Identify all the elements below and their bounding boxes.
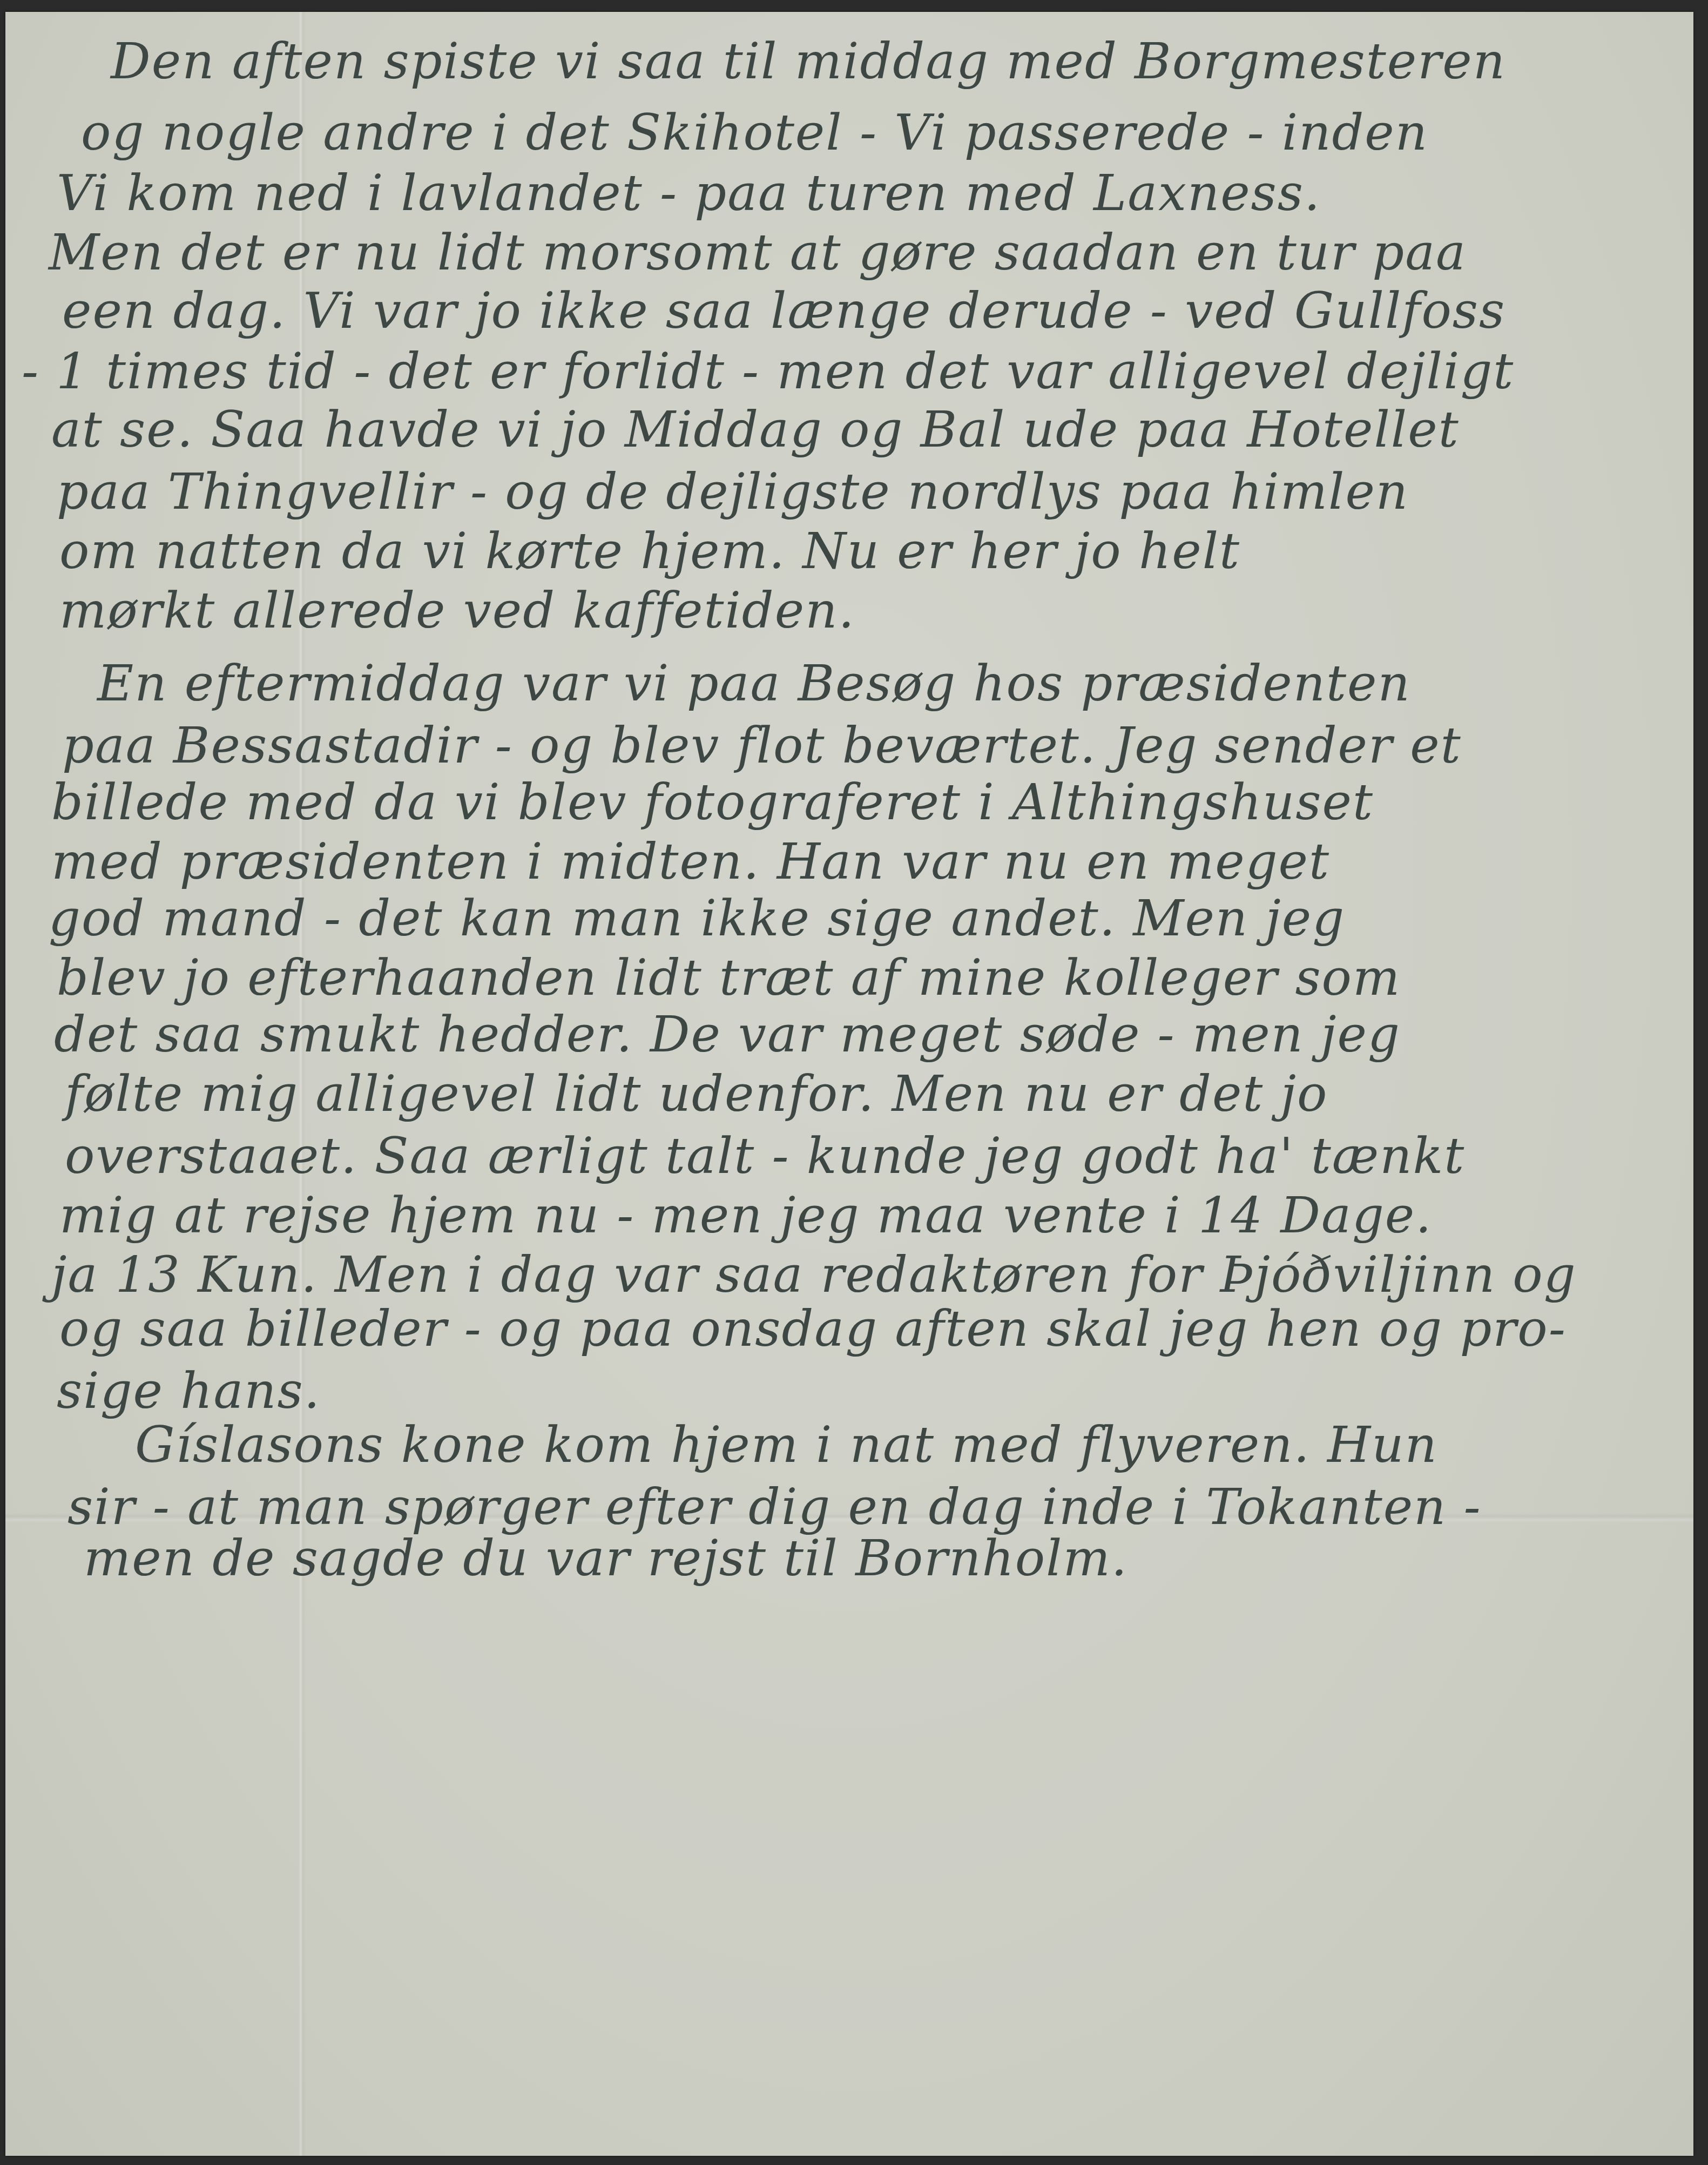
- letter-line: een dag. Vi var jo ikke saa længe derude…: [62, 282, 1506, 340]
- letter-line: og nogle andre i det Skihotel - Vi passe…: [81, 104, 1428, 161]
- letter-line: billede med da vi blev fotograferet i Al…: [51, 773, 1374, 831]
- letter-line: Men det er nu lidt morsomt at gøre saada…: [49, 224, 1467, 281]
- letter-line: Gíslasons kone kom hjem i nat med flyver…: [135, 1416, 1438, 1474]
- letter-line: at se. Saa havde vi jo Middag og Bal ude…: [51, 401, 1460, 458]
- letter-line: sir - at man spørger efter dig en dag in…: [67, 1478, 1482, 1536]
- letter-line: Vi kom ned i lavlandet - paa turen med L…: [57, 164, 1321, 222]
- letter-line: om natten da vi kørte hjem. Nu er her jo…: [59, 522, 1240, 580]
- letter-line: mørkt allerede ved kaffetiden.: [59, 582, 855, 639]
- letter-line: Den aften spiste vi saa til middag med B…: [111, 32, 1506, 90]
- letter-line: - 1 times tid - det er forlidt - men det…: [22, 342, 1514, 400]
- letter-line: ja 13 Kun. Men i dag var saa redaktøren …: [51, 1246, 1577, 1304]
- letter-line: god mand - det kan man ikke sige andet. …: [49, 889, 1345, 947]
- letter-line: det saa smukt hedder. De var meget søde …: [54, 1006, 1401, 1063]
- letter-line: sige hans.: [57, 1362, 321, 1420]
- letter-line: men de sagde du var rejst til Bornholm.: [84, 1529, 1128, 1587]
- letter-line: En eftermiddag var vi paa Besøg hos præs…: [97, 655, 1411, 712]
- letter-line: overstaaet. Saa ærligt talt - kunde jeg …: [65, 1127, 1465, 1185]
- letter-line: mig at rejse hjem nu - men jeg maa vente…: [59, 1186, 1432, 1244]
- letter-line: paa Thingvellir - og de dejligste nordly…: [57, 463, 1409, 521]
- letter-line: paa Bessastadir - og blev flot beværtet.…: [62, 717, 1462, 774]
- letter-line: blev jo efterhaanden lidt træt af mine k…: [57, 949, 1401, 1007]
- letter-page: Den aften spiste vi saa til middag med B…: [5, 12, 1693, 2156]
- letter-line: og saa billeder - og paa onsdag aften sk…: [59, 1300, 1567, 1358]
- letter-line: med præsidenten i midten. Han var nu en …: [51, 833, 1330, 891]
- letter-line: følte mig alligevel lidt udenfor. Men nu…: [65, 1065, 1328, 1123]
